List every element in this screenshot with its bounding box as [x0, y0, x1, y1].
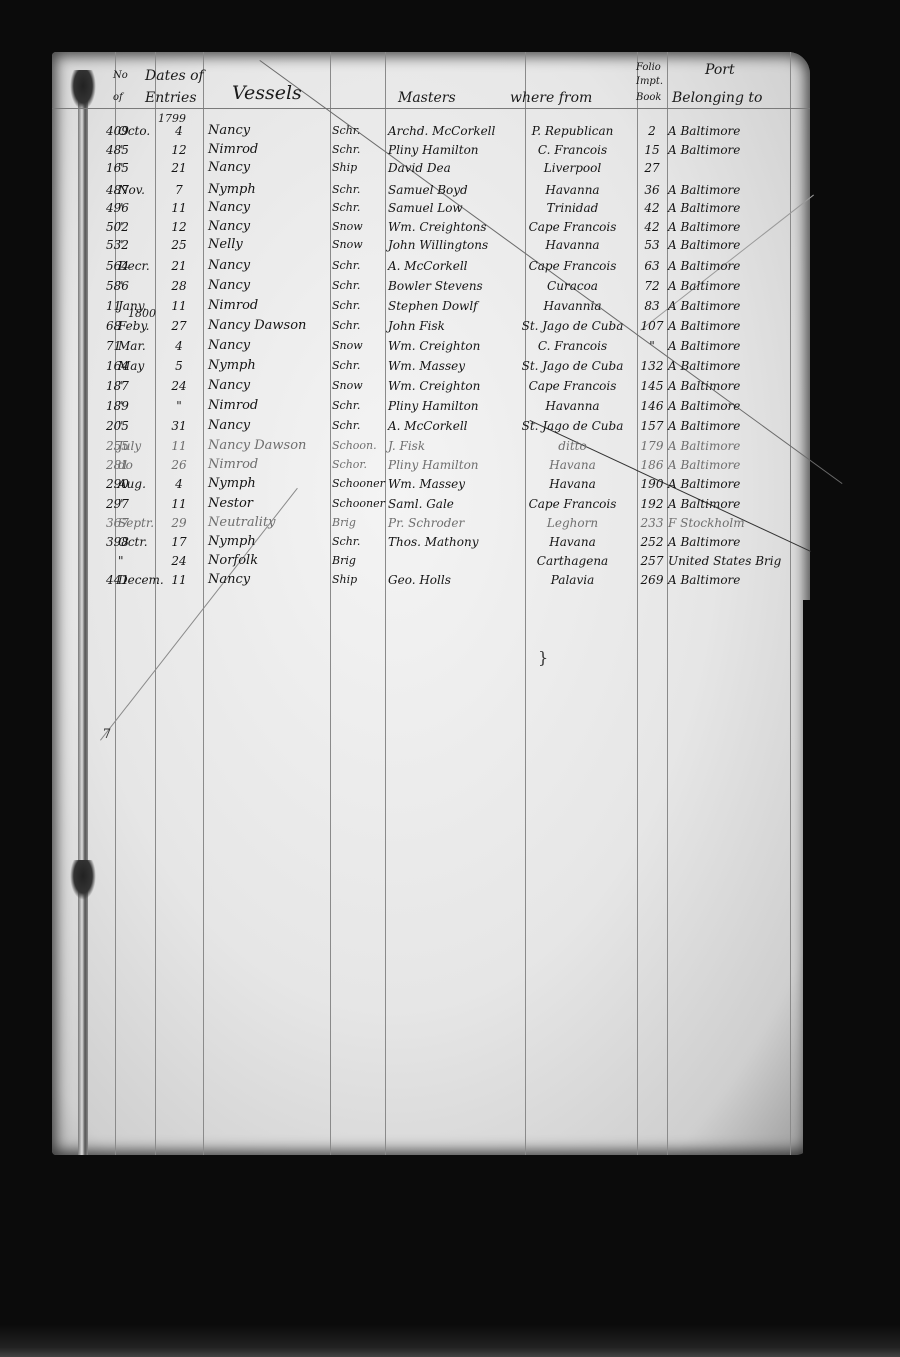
- entry-rig: Schoon.: [332, 436, 377, 456]
- entry-from: Cape Francois: [510, 494, 635, 514]
- entry-port: A Baltimore: [668, 356, 740, 376]
- ledger-row: 165 " 21 Nancy Ship David Dea Liverpool …: [0, 158, 900, 178]
- ledger-row: 487 Nov. 7 Nymph Schr. Samuel Boyd Havan…: [0, 180, 900, 200]
- entry-master: Wm. Creighton: [388, 376, 480, 396]
- entry-folio: 233: [638, 513, 666, 533]
- entry-vessel: Nancy: [208, 158, 250, 178]
- entry-master: Pliny Hamilton: [388, 396, 479, 416]
- entry-master: A. McCorkell: [388, 416, 468, 436]
- entry-vessel: Nancy Dawson: [208, 436, 306, 456]
- entry-month: ": [118, 551, 154, 571]
- entry-month: Mar.: [118, 336, 154, 356]
- entry-folio: 15: [638, 140, 666, 160]
- entry-folio: 2: [638, 121, 666, 141]
- entry-month: Decem.: [118, 570, 154, 590]
- entry-port: A Baltimore: [668, 316, 740, 336]
- entry-day: 11: [160, 436, 198, 456]
- entry-port: A Baltimore: [668, 121, 740, 141]
- entry-rig: Schr.: [332, 180, 360, 200]
- entry-master: Samuel Low: [388, 198, 463, 218]
- entry-month: July: [118, 436, 154, 456]
- entry-month: May: [118, 356, 154, 376]
- entry-vessel: Nymph: [208, 180, 256, 200]
- entry-vessel: Nancy: [208, 376, 250, 396]
- ledger-row: 441 Decem. 11 Nancy Ship Geo. Holls Pala…: [0, 570, 900, 590]
- entry-master: A. McCorkell: [388, 256, 468, 276]
- ledger-row: 409 Octo. 4 Nancy Schr. Archd. McCorkell…: [0, 121, 900, 141]
- header-vessels: Vessels: [232, 82, 302, 104]
- ledger-row: 71 Mar. 4 Nancy Snow Wm. Creighton C. Fr…: [0, 336, 900, 356]
- entry-rig: Schr.: [332, 396, 360, 416]
- entry-folio: 190: [638, 474, 666, 494]
- entry-month: ": [118, 396, 154, 416]
- entry-port: A Baltimore: [668, 494, 740, 514]
- entry-port: A Baltimore: [668, 217, 740, 237]
- entry-vessel: Nancy: [208, 570, 250, 590]
- page-edge-shadow: [803, 600, 815, 1160]
- entry-day: 29: [160, 513, 198, 533]
- ledger-row: 189 " " Nimrod Schr. Pliny Hamilton Hava…: [0, 396, 900, 416]
- entry-day: 5: [160, 356, 198, 376]
- entry-port: A Baltimore: [668, 256, 740, 276]
- entry-month: ": [118, 494, 154, 514]
- header-where-from: where from: [510, 90, 592, 106]
- entry-folio: 53: [638, 235, 666, 255]
- entry-from: Cape Francois: [510, 256, 635, 276]
- ledger-row: 290 Aug. 4 Nymph Schooner Wm. Massey Hav…: [0, 474, 900, 494]
- entry-rig: Schr.: [332, 532, 360, 552]
- entry-rig: Ship: [332, 158, 357, 178]
- entry-master: Wm. Massey: [388, 356, 465, 376]
- entry-rig: Schr.: [332, 121, 360, 141]
- entry-folio: 179: [638, 436, 666, 456]
- entry-folio: 257: [638, 551, 666, 571]
- entry-master: Pliny Hamilton: [388, 140, 479, 160]
- entry-day: 26: [160, 455, 198, 475]
- header-entries: Entries: [145, 90, 197, 106]
- entry-rig: Schr.: [332, 256, 360, 276]
- entry-from: ditto: [510, 436, 635, 456]
- entry-day: 7: [160, 180, 198, 200]
- entry-folio: 42: [638, 198, 666, 218]
- entry-month: ": [118, 376, 154, 396]
- entry-port: A Baltimore: [668, 180, 740, 200]
- entry-master: Pr. Schroder: [388, 513, 464, 533]
- entry-port: A Baltimore: [668, 235, 740, 255]
- entry-vessel: Nymph: [208, 532, 256, 552]
- entry-port: A Baltimore: [668, 198, 740, 218]
- entry-month: Feby.: [118, 316, 154, 336]
- entry-folio: 146: [638, 396, 666, 416]
- entry-month: Octr.: [118, 532, 154, 552]
- entry-rig: Schor.: [332, 455, 367, 475]
- entry-month: ": [118, 235, 154, 255]
- entry-from: Havanna: [510, 396, 635, 416]
- entry-folio: 72: [638, 276, 666, 296]
- entry-day: 17: [160, 532, 198, 552]
- entry-month: ": [118, 140, 154, 160]
- entry-day: 12: [160, 140, 198, 160]
- ledger-row: 398 Octr. 17 Nymph Schr. Thos. Mathony H…: [0, 532, 900, 552]
- ledger-row: 281 do 26 Nimrod Schor. Pliny Hamilton H…: [0, 455, 900, 475]
- entry-port: A Baltimore: [668, 455, 740, 475]
- entry-vessel: Nancy: [208, 256, 250, 276]
- entry-rig: Schr.: [332, 356, 360, 376]
- entry-port: A Baltimore: [668, 436, 740, 456]
- entry-folio: 27: [638, 158, 666, 178]
- entry-rig: Schr.: [332, 276, 360, 296]
- entry-master: Saml. Gale: [388, 494, 454, 514]
- entry-day: 11: [160, 198, 198, 218]
- entry-rig: Ship: [332, 570, 357, 590]
- header-rule: [52, 108, 810, 109]
- entry-port: F Stockholm: [668, 513, 745, 533]
- entry-vessel: Nancy: [208, 276, 250, 296]
- entry-master: David Dea: [388, 158, 451, 178]
- entry-vessel: Nancy: [208, 416, 250, 436]
- entry-month: Nov.: [118, 180, 154, 200]
- binding-knot-top: [70, 70, 96, 110]
- entry-port: A Baltimore: [668, 396, 740, 416]
- entry-month: Octo.: [118, 121, 154, 141]
- entry-day: 4: [160, 474, 198, 494]
- entry-folio: ": [638, 336, 666, 356]
- entry-day: 11: [160, 296, 198, 316]
- entry-folio: 157: [638, 416, 666, 436]
- ledger-row: 564 Decr. 21 Nancy Schr. A. McCorkell Ca…: [0, 256, 900, 276]
- entry-folio: 252: [638, 532, 666, 552]
- entry-from: Palavia: [510, 570, 635, 590]
- entry-folio: 186: [638, 455, 666, 475]
- entry-master: Archd. McCorkell: [388, 121, 495, 141]
- scan-bottom-edge: [0, 1325, 900, 1357]
- entry-from: Liverpool: [510, 158, 635, 178]
- entry-from: Havannia: [510, 296, 635, 316]
- entry-from: St. Jago de Cuba: [510, 316, 635, 336]
- entry-master: Geo. Holls: [388, 570, 451, 590]
- entry-vessel: Nimrod: [208, 296, 258, 316]
- entry-vessel: Nancy: [208, 336, 250, 356]
- entry-rig: Snow: [332, 336, 363, 356]
- entry-from: Cape Francois: [510, 217, 635, 237]
- ledger-row: 68 Feby. 27 Nancy Dawson Schr. John Fisk…: [0, 316, 900, 336]
- entry-day: ": [160, 396, 198, 416]
- entry-folio: 192: [638, 494, 666, 514]
- entry-month: Decr.: [118, 256, 154, 276]
- entry-vessel: Nestor: [208, 494, 253, 514]
- header-belonging-to: Belonging to: [672, 90, 762, 106]
- entry-day: 24: [160, 551, 198, 571]
- header-no-line2: of: [113, 92, 123, 103]
- entry-month: Jany.: [118, 296, 154, 316]
- header-port: Port: [705, 62, 735, 78]
- entry-from: St. Jago de Cuba: [510, 356, 635, 376]
- entry-from: Carthagena: [510, 551, 635, 571]
- entry-day: 4: [160, 121, 198, 141]
- margin-mark: 7: [103, 727, 111, 742]
- entry-folio: 107: [638, 316, 666, 336]
- entry-port: A Baltimore: [668, 474, 740, 494]
- entry-master: Thos. Mathony: [388, 532, 478, 552]
- entry-from: Leghorn: [510, 513, 635, 533]
- ledger-row: 297 " 11 Nestor Schooner Saml. Gale Cape…: [0, 494, 900, 514]
- entry-month: ": [118, 198, 154, 218]
- ledger-row: 255 July 11 Nancy Dawson Schoon. J. Fisk…: [0, 436, 900, 456]
- entry-master: Wm. Creighton: [388, 336, 480, 356]
- header-no: No: [113, 70, 128, 81]
- entry-from: P. Republican: [510, 121, 635, 141]
- entry-vessel: Nancy Dawson: [208, 316, 306, 336]
- entry-rig: Snow: [332, 217, 363, 237]
- entry-from: Cape Francois: [510, 376, 635, 396]
- entry-day: 11: [160, 570, 198, 590]
- entry-day: 21: [160, 158, 198, 178]
- entry-vessel: Nimrod: [208, 396, 258, 416]
- entry-from: Curacoa: [510, 276, 635, 296]
- entry-folio: 83: [638, 296, 666, 316]
- entry-rig: Brig: [332, 513, 356, 533]
- ledger-row: 532 " 25 Nelly Snow John Willingtons Hav…: [0, 235, 900, 255]
- entry-vessel: Nimrod: [208, 455, 258, 475]
- entry-from: Havanna: [510, 235, 635, 255]
- entry-vessel: Nymph: [208, 356, 256, 376]
- entry-master: Bowler Stevens: [388, 276, 483, 296]
- brace-mark: }: [538, 648, 548, 667]
- ledger-row: " 24 Norfolk Brig Carthagena 257 United …: [0, 551, 900, 571]
- entry-rig: Brig: [332, 551, 356, 571]
- ledger-row: 367 Septr. 29 Neutrality Brig Pr. Schrod…: [0, 513, 900, 533]
- entry-master: Wm. Massey: [388, 474, 465, 494]
- entry-rig: Snow: [332, 376, 363, 396]
- ledger-row: 205 " 31 Nancy Schr. A. McCorkell St. Ja…: [0, 416, 900, 436]
- entry-from: C. Francois: [510, 140, 635, 160]
- entry-master: Pliny Hamilton: [388, 455, 479, 475]
- entry-day: 25: [160, 235, 198, 255]
- entry-port: A Baltimore: [668, 532, 740, 552]
- ledger-row: 496 " 11 Nancy Schr. Samuel Low Trinidad…: [0, 198, 900, 218]
- entry-month: ": [118, 158, 154, 178]
- entry-rig: Schooner: [332, 474, 385, 494]
- entry-port: A Baltimore: [668, 416, 740, 436]
- entry-master: Stephen Dowlf: [388, 296, 478, 316]
- entry-day: 4: [160, 336, 198, 356]
- entry-from: Havana: [510, 474, 635, 494]
- entry-day: 24: [160, 376, 198, 396]
- entry-from: Havanna: [510, 180, 635, 200]
- ledger-row: 485 " 12 Nimrod Schr. Pliny Hamilton C. …: [0, 140, 900, 160]
- ledger-row: 11 Jany. 11 Nimrod Schr. Stephen Dowlf H…: [0, 296, 900, 316]
- entry-vessel: Nancy: [208, 198, 250, 218]
- entry-day: 21: [160, 256, 198, 276]
- entry-vessel: Norfolk: [208, 551, 258, 571]
- entry-port: United States Brig: [668, 551, 781, 571]
- entry-master: John Willingtons: [388, 235, 488, 255]
- ledger-row: 164 May 5 Nymph Schr. Wm. Massey St. Jag…: [0, 356, 900, 376]
- entry-rig: Snow: [332, 235, 363, 255]
- entry-from: Havana: [510, 532, 635, 552]
- entry-vessel: Nancy: [208, 121, 250, 141]
- entry-folio: 42: [638, 217, 666, 237]
- header-folio: Folio: [636, 62, 661, 73]
- entry-port: A Baltimore: [668, 376, 740, 396]
- header-masters: Masters: [398, 90, 456, 106]
- entry-day: 31: [160, 416, 198, 436]
- entry-folio: 132: [638, 356, 666, 376]
- entry-rig: Schr.: [332, 140, 360, 160]
- entry-master: Wm. Creightons: [388, 217, 487, 237]
- entry-rig: Schr.: [332, 296, 360, 316]
- entry-day: 27: [160, 316, 198, 336]
- entry-month: ": [118, 217, 154, 237]
- entry-month: Aug.: [118, 474, 154, 494]
- entry-vessel: Nancy: [208, 217, 250, 237]
- entry-month: Septr.: [118, 513, 154, 533]
- entry-rig: Schr.: [332, 316, 360, 336]
- entry-folio: 63: [638, 256, 666, 276]
- entry-port: A Baltimore: [668, 336, 740, 356]
- ledger-row: 502 " 12 Nancy Snow Wm. Creightons Cape …: [0, 217, 900, 237]
- entry-month: ": [118, 276, 154, 296]
- entry-rig: Schr.: [332, 416, 360, 436]
- entry-day: 11: [160, 494, 198, 514]
- entry-from: Trinidad: [510, 198, 635, 218]
- entry-port: A Baltimore: [668, 140, 740, 160]
- header-impt: Impt.: [636, 76, 663, 87]
- entry-master: J. Fisk: [388, 436, 425, 456]
- entry-port: A Baltimore: [668, 276, 740, 296]
- entry-from: St. Jago de Cuba: [510, 416, 635, 436]
- header-dates: Dates of: [145, 68, 204, 84]
- header-book: Book: [636, 92, 661, 103]
- entry-from: Havana: [510, 455, 635, 475]
- entry-master: Samuel Boyd: [388, 180, 468, 200]
- entry-month: ": [118, 416, 154, 436]
- binding-knot-lower: [70, 860, 96, 900]
- entry-vessel: Nelly: [208, 235, 243, 255]
- entry-rig: Schooner: [332, 494, 385, 514]
- entry-month: do: [118, 455, 154, 475]
- entry-folio: 145: [638, 376, 666, 396]
- ledger-row: 586 " 28 Nancy Schr. Bowler Stevens Cura…: [0, 276, 900, 296]
- entry-from: C. Francois: [510, 336, 635, 356]
- entry-day: 28: [160, 276, 198, 296]
- entry-folio: 269: [638, 570, 666, 590]
- entry-rig: Schr.: [332, 198, 360, 218]
- entry-master: John Fisk: [388, 316, 445, 336]
- entry-port: A Baltimore: [668, 296, 740, 316]
- entry-vessel: Nymph: [208, 474, 256, 494]
- entry-day: 12: [160, 217, 198, 237]
- entry-vessel: Nimrod: [208, 140, 258, 160]
- entry-folio: 36: [638, 180, 666, 200]
- entry-vessel: Neutrality: [208, 513, 276, 533]
- entry-port: A Baltimore: [668, 570, 740, 590]
- ledger-row: 187 " 24 Nancy Snow Wm. Creighton Cape F…: [0, 376, 900, 396]
